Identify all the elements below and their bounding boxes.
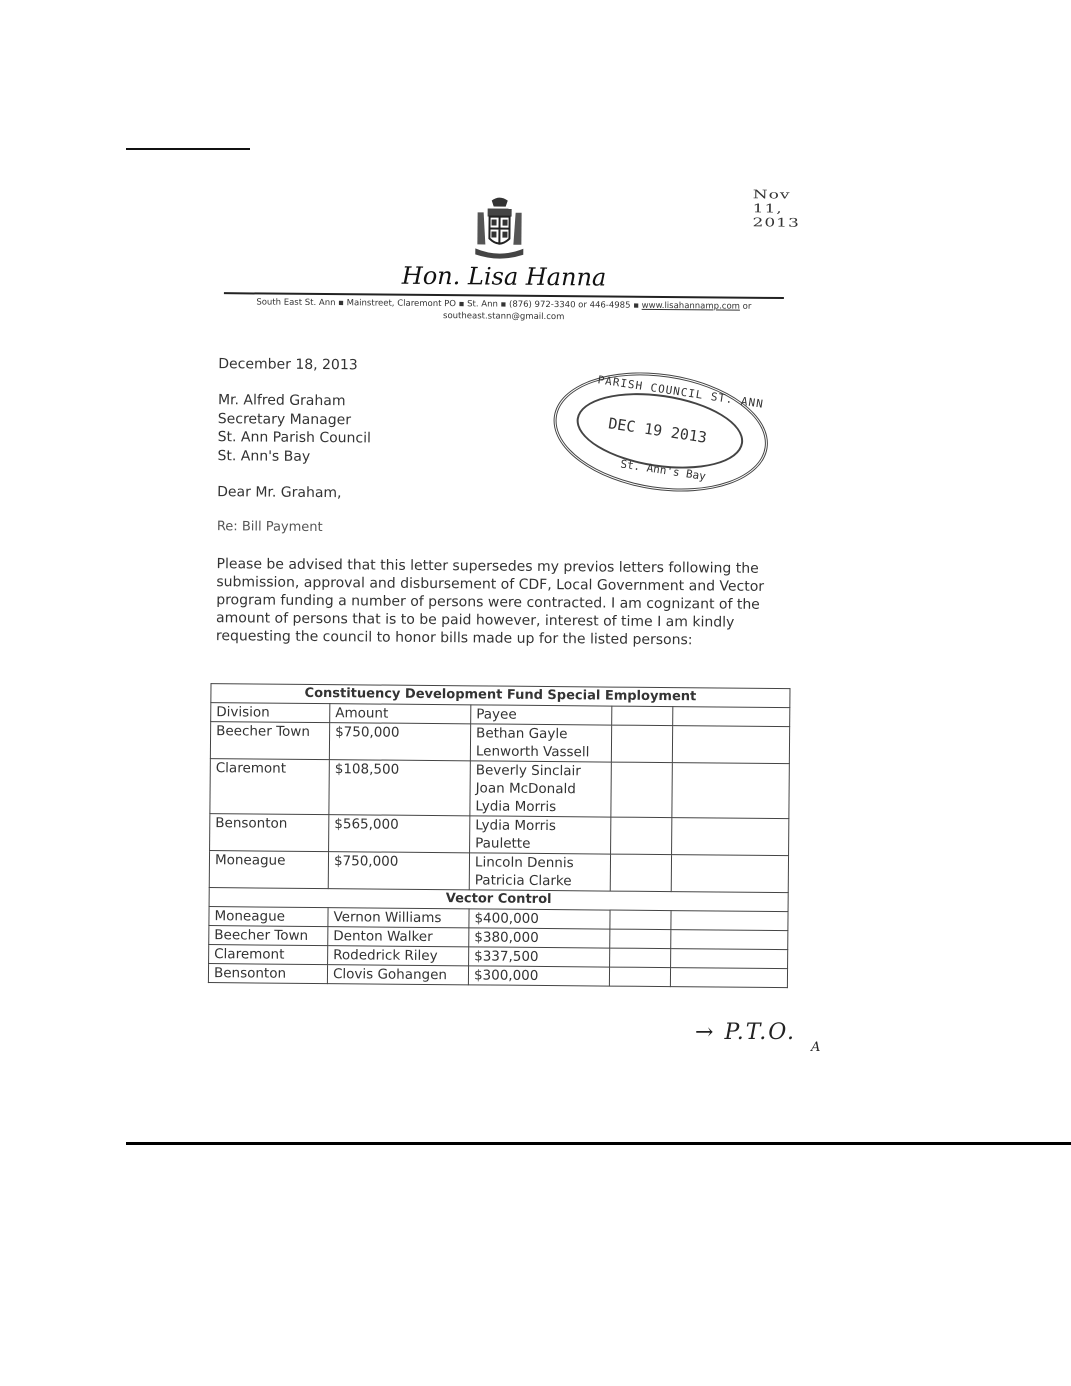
empty-cell (672, 763, 789, 819)
subject-line: Re: Bill Payment (217, 518, 323, 537)
worker-name-cell: Rodedrick Riley (328, 946, 469, 966)
scanned-letter: Nov 11, 2013 Hon. Lisa Hanna South East … (198, 170, 825, 1005)
worker-name-cell: Denton Walker (328, 927, 469, 947)
header-empty (673, 707, 790, 727)
empty-cell (610, 854, 671, 892)
table-row: Claremont$108,500Beverly SinclairJoan Mc… (210, 759, 789, 819)
amount-cell: $750,000 (329, 723, 470, 761)
payee-cell: Bethan GayleLenworth Vassell (470, 724, 611, 762)
or-text: or (743, 302, 752, 312)
empty-cell (672, 726, 789, 764)
division-cell: Bensonton (208, 964, 327, 984)
website-link[interactable]: www.lisahannamp.com (642, 301, 740, 312)
division-cell: Beecher Town (210, 722, 329, 760)
amount-cell: $337,500 (469, 947, 610, 967)
payee-name: Lincoln Dennis (475, 853, 605, 872)
addressee-line: St. Ann Parish Council (218, 428, 371, 448)
amount-cell: $300,000 (468, 966, 609, 986)
addressee-block: Mr. Alfred Graham Secretary Manager St. … (217, 391, 371, 466)
empty-cell (611, 817, 672, 855)
empty-cell (611, 762, 672, 818)
division-cell: Moneague (209, 907, 328, 927)
payee-name: Lydia Morris (475, 816, 605, 835)
payee-cell: Lincoln DennisPatricia Clarke (469, 853, 610, 891)
payee-name: Patricia Clarke (475, 871, 605, 890)
amount-cell: $400,000 (469, 909, 610, 929)
empty-cell (610, 929, 671, 949)
empty-cell (671, 930, 788, 950)
table-row: Bensonton$565,000Lydia MorrisPaulette (210, 814, 789, 856)
body-paragraph: Please be advised that this letter super… (216, 555, 777, 650)
payee-name: Joan McDonald (476, 779, 606, 798)
payee-name: Lenworth Vassell (476, 742, 606, 761)
empty-cell (671, 911, 788, 931)
table-row: Moneague$750,000Lincoln DennisPatricia C… (209, 851, 788, 893)
payee-name: Lydia Morris (475, 797, 605, 816)
header-amount: Amount (330, 704, 471, 724)
amount-cell: $380,000 (469, 928, 610, 948)
salutation: Dear Mr. Graham, (217, 483, 342, 503)
header-division: Division (211, 703, 330, 723)
empty-cell (672, 818, 789, 856)
division-cell: Claremont (210, 759, 329, 815)
pto-text: P.T.O. (724, 1020, 796, 1045)
empty-cell (610, 948, 671, 968)
email-text: southeast.stann@gmail.com (443, 311, 564, 322)
bottom-rule (126, 1142, 1071, 1145)
top-rule (126, 148, 250, 150)
payee-name: Beverly Sinclair (476, 761, 606, 780)
handwritten-pto: → P.T.O. A (695, 1020, 822, 1055)
table-row: BensontonClovis Gohangen$300,000 (208, 964, 787, 988)
empty-cell (609, 967, 670, 987)
funding-table: Constituency Development Fund Special Em… (208, 683, 791, 988)
handwritten-date: Nov 11, 2013 (752, 188, 824, 231)
division-cell: Claremont (209, 945, 328, 965)
header-empty (612, 706, 673, 726)
amount-cell: $565,000 (329, 815, 470, 853)
addressee-line: St. Ann's Bay (217, 447, 370, 467)
division-cell: Bensonton (210, 814, 329, 852)
addressee-line: Secretary Manager (218, 410, 371, 430)
header-payee: Payee (471, 705, 612, 725)
addressee-line: Mr. Alfred Graham (218, 391, 371, 411)
address-text: South East St. Ann ▪ Mainstreet, Claremo… (256, 297, 639, 310)
payee-name: Bethan Gayle (476, 724, 606, 743)
letterhead-name: Hon. Lisa Hanna (204, 260, 804, 293)
empty-cell (670, 968, 787, 988)
coat-of-arms-icon (469, 194, 530, 263)
letter-date: December 18, 2013 (218, 355, 358, 375)
table-row: Beecher Town$750,000Bethan GayleLenworth… (210, 722, 789, 764)
amount-cell: $108,500 (329, 760, 470, 816)
empty-cell (671, 855, 788, 893)
arrow-icon: → (695, 1020, 715, 1045)
payee-cell: Beverly SinclairJoan McDonaldLydia Morri… (470, 761, 611, 817)
worker-name-cell: Vernon Williams (328, 908, 469, 928)
received-stamp: PARISH COUNCIL ST. ANN DEC 19 2013 St. A… (545, 359, 776, 506)
pto-mark: A (811, 1040, 822, 1055)
empty-cell (611, 725, 672, 763)
letterhead-address: South East St. Ann ▪ Mainstreet, Claremo… (224, 296, 784, 325)
amount-cell: $750,000 (328, 852, 469, 890)
empty-cell (610, 910, 671, 930)
worker-name-cell: Clovis Gohangen (327, 965, 468, 985)
payee-cell: Lydia MorrisPaulette (470, 816, 611, 854)
division-cell: Beecher Town (209, 926, 328, 946)
payee-name: Paulette (475, 834, 605, 853)
division-cell: Moneague (209, 851, 328, 889)
empty-cell (671, 949, 788, 969)
